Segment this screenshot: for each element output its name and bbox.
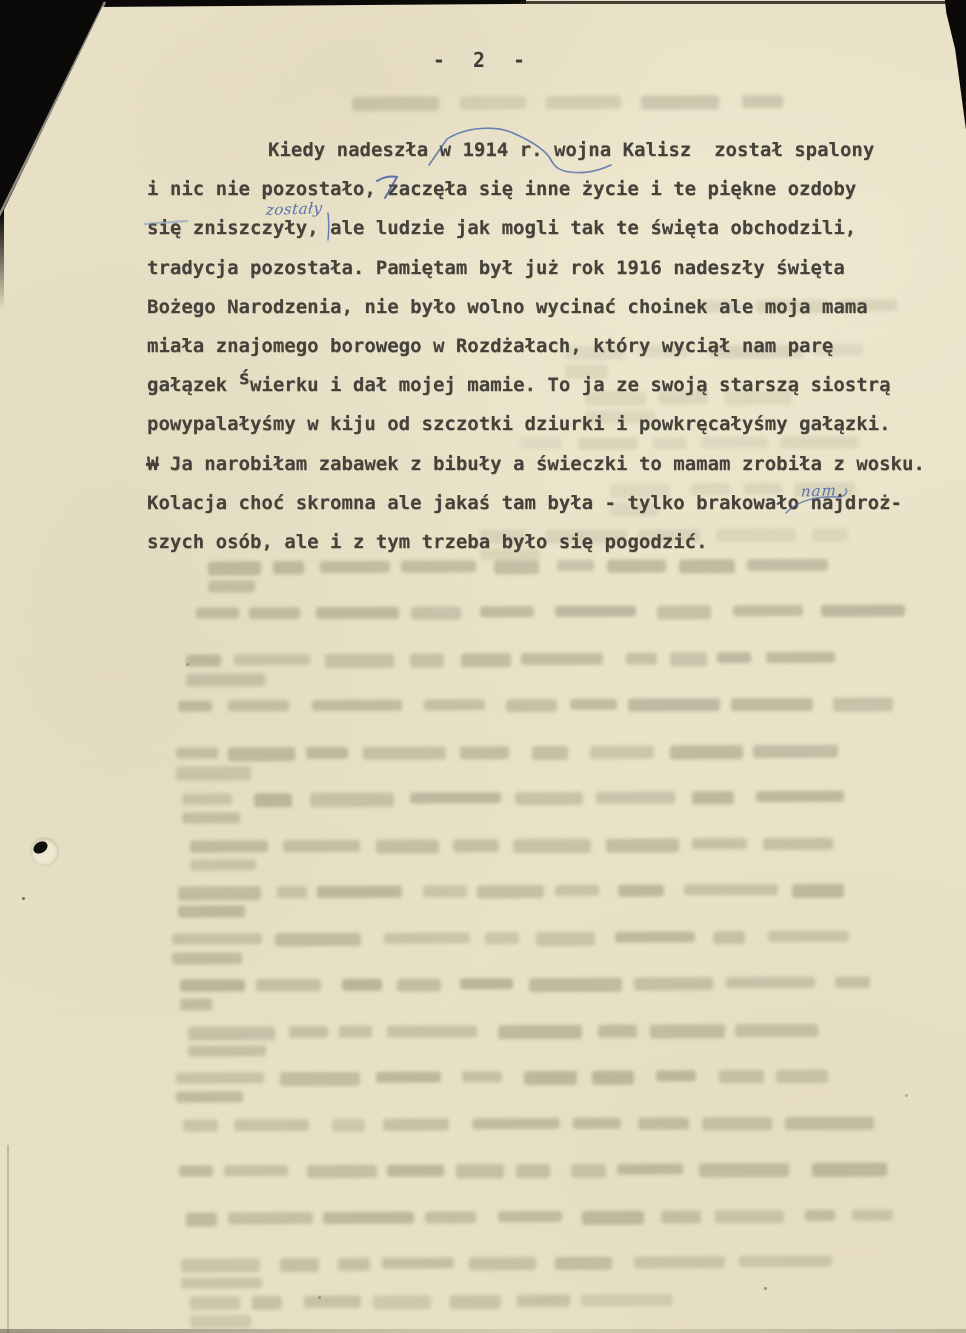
typed-paragraph: Kiedy nadeszła w 1914 r. wojna Kalisz zo… <box>147 131 966 562</box>
bleedthrough-line <box>179 1162 929 1179</box>
bleedthrough-line <box>186 1209 922 1226</box>
page-number: - 2 - <box>0 48 966 72</box>
bleedthrough-line <box>178 697 926 714</box>
typed-line: miała znajomego borowego w Rozdżałach, k… <box>147 327 966 366</box>
bleedthrough-line <box>183 1116 921 1133</box>
typed-line: tradycja pozostała. Pamiętam był już rok… <box>147 249 966 288</box>
bleedthrough-line <box>190 1294 750 1310</box>
bleedthrough-line <box>176 1069 924 1086</box>
bleedthrough-line <box>181 1255 925 1272</box>
typed-line: powypalałyśmy w kiju od szczotki dziurki… <box>147 405 966 444</box>
paper-specks <box>0 0 3 3</box>
handwritten-insertion-zostaly: zostały <box>265 199 323 219</box>
typed-line: gałązek świerku i dał mojej mamie. To ja… <box>147 366 966 405</box>
bleedthrough-line <box>180 976 924 993</box>
scanned-page: - 2 - Kiedy nadeszła w 1914 r. wojna Kal… <box>0 0 966 1333</box>
bleedthrough-line <box>182 790 922 807</box>
scan-edge-bottom <box>0 1329 966 1333</box>
bleedthrough-line <box>188 1023 918 1040</box>
bleedthrough-line <box>190 837 924 854</box>
bleedthrough-line <box>196 604 924 621</box>
scan-edge-left <box>0 150 4 310</box>
typed-line: Kolacja choć skromna ale jakaś tam była … <box>147 484 966 523</box>
typed-line: Kiedy nadeszła w 1914 r. wojna Kalisz zo… <box>147 131 966 170</box>
bleedthrough-line <box>176 744 928 761</box>
scan-edge-top-thin <box>520 1 948 4</box>
typed-line: szych osób, ale i z tym trzeba było się … <box>147 523 966 562</box>
typed-line: Bożego Narodzenia, nie było wolno wycina… <box>147 288 966 327</box>
bleedthrough-line <box>172 930 930 947</box>
bleedthrough-line <box>352 95 797 111</box>
typed-line: W Ja narobiłam zabawek z bibuły a świecz… <box>147 445 966 484</box>
paper-fold-line <box>7 1145 9 1333</box>
bleedthrough-line <box>186 651 928 668</box>
bleedthrough-line <box>178 883 926 900</box>
handwritten-insertion-nam: nam <box>800 481 837 500</box>
